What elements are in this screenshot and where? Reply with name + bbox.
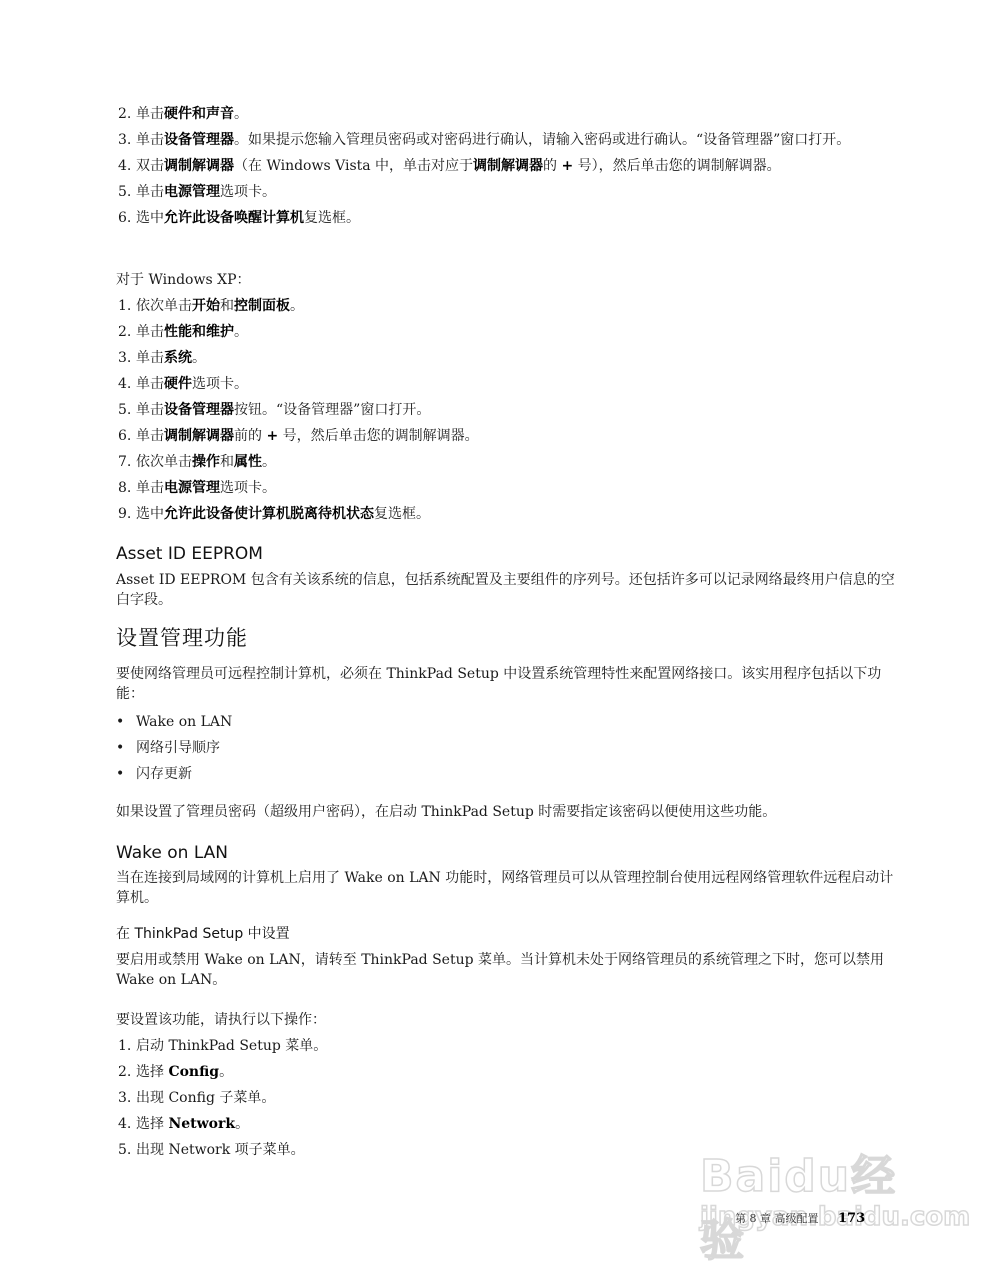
step-number: 8. <box>118 478 131 498</box>
step-text: 双击 <box>136 158 164 174</box>
step-number: 1. <box>118 1036 131 1056</box>
step-text: 号，然后单击您的调制解调器。 <box>278 428 478 444</box>
list-item: 2.单击性能和维护。 <box>116 322 896 342</box>
step-text: 选项卡。 <box>220 184 276 200</box>
step-text: 。 <box>235 1116 249 1132</box>
ui-term: Config <box>168 1064 219 1080</box>
list-item: 3.出现 Config 子菜单。 <box>116 1088 896 1108</box>
step-text: 出现 Network 项子菜单。 <box>136 1142 305 1158</box>
step-number: 6. <box>118 208 131 228</box>
step-text: 选中 <box>136 506 164 522</box>
step-text: 。 <box>262 454 276 470</box>
bullet-item: Wake on LAN <box>116 712 896 732</box>
ui-term: 操作 <box>192 454 220 470</box>
ui-term: + <box>562 158 574 174</box>
list-item: 9.选中允许此设备使计算机脱离待机状态复选框。 <box>116 504 896 524</box>
ui-term: 设备管理器 <box>164 402 234 418</box>
ui-term: 系统 <box>164 350 192 366</box>
step-text: （在 Windows Vista 中，单击对应于 <box>234 158 473 174</box>
step-number: 4. <box>118 1114 131 1134</box>
ui-term: 允许此设备唤醒计算机 <box>164 210 304 226</box>
ui-term: 硬件 <box>164 376 192 392</box>
step-number: 5. <box>118 182 131 202</box>
ui-term: 调制解调器 <box>473 158 543 174</box>
step-text: 前的 <box>234 428 266 444</box>
list-item: 1.依次单击开始和控制面板。 <box>116 296 896 316</box>
step-text: 号），然后单击您的调制解调器。 <box>573 158 780 174</box>
list-item: 1.启动 ThinkPad Setup 菜单。 <box>116 1036 896 1056</box>
step-text: 单击 <box>136 106 164 122</box>
step-text: 按钮。“设备管理器”窗口打开。 <box>234 402 430 418</box>
ui-term: 设备管理器 <box>164 132 234 148</box>
step-text: 单击 <box>136 184 164 200</box>
bullet-item: 闪存更新 <box>116 764 896 784</box>
wol-heading: Wake on LAN <box>116 842 896 864</box>
ui-term: 硬件和声音 <box>164 106 234 122</box>
step-text: 单击 <box>136 132 164 148</box>
list-item: 6.单击调制解调器前的 + 号，然后单击您的调制解调器。 <box>116 426 896 446</box>
step-number: 3. <box>118 1088 131 1108</box>
list-item: 6.选中允许此设备唤醒计算机复选框。 <box>116 208 896 228</box>
step-text: 单击 <box>136 376 164 392</box>
step-text: 选择 <box>136 1116 168 1132</box>
list-item: 3.单击设备管理器。如果提示您输入管理员密码或对密码进行确认，请输入密码或进行确… <box>116 130 896 150</box>
ui-term: 允许此设备使计算机脱离待机状态 <box>164 506 374 522</box>
vista-steps-list: 2.单击硬件和声音。3.单击设备管理器。如果提示您输入管理员密码或对密码进行确认… <box>116 104 896 234</box>
list-item: 8.单击电源管理选项卡。 <box>116 478 896 498</box>
step-text: 单击 <box>136 428 164 444</box>
list-item: 2.选择 Config。 <box>116 1062 896 1082</box>
step-number: 2. <box>118 322 131 342</box>
page-number: 173 <box>838 1211 865 1226</box>
asset-body: Asset ID EEPROM 包含有关该系统的信息，包括系统配置及主要组件的序… <box>116 570 896 610</box>
list-item: 4.选择 Network。 <box>116 1114 896 1134</box>
step-text: 选中 <box>136 210 164 226</box>
mgmt-note: 如果设置了管理员密码（超级用户密码），在启动 ThinkPad Setup 时需… <box>116 802 896 822</box>
step-text: 启动 ThinkPad Setup 菜单。 <box>136 1038 327 1054</box>
mgmt-bullets: Wake on LAN 网络引导顺序 闪存更新 <box>116 712 896 790</box>
step-number: 9. <box>118 504 131 524</box>
step-text: 选择 <box>136 1064 168 1080</box>
step-text: 单击 <box>136 480 164 496</box>
step-text: 单击 <box>136 402 164 418</box>
mgmt-intro: 要使网络管理员可远程控制计算机，必须在 ThinkPad Setup 中设置系统… <box>116 664 896 704</box>
step-number: 2. <box>118 1062 131 1082</box>
xp-intro: 对于 Windows XP： <box>116 270 896 290</box>
wol-steps-list: 1.启动 ThinkPad Setup 菜单。2.选择 Config。3.出现 … <box>116 1036 896 1166</box>
wol-body: 当在连接到局域网的计算机上启用了 Wake on LAN 功能时，网络管理员可以… <box>116 868 896 908</box>
step-number: 4. <box>118 374 131 394</box>
step-number: 2. <box>118 104 131 124</box>
step-text: 依次单击 <box>136 298 192 314</box>
step-text: 。 <box>234 106 248 122</box>
list-item: 4.单击硬件选项卡。 <box>116 374 896 394</box>
ui-term: Network <box>168 1116 235 1132</box>
step-text: 和 <box>220 454 234 470</box>
step-text: 。 <box>219 1064 233 1080</box>
step-text: 选项卡。 <box>192 376 248 392</box>
step-text: 。如果提示您输入管理员密码或对密码进行确认，请输入密码或进行确认。“设备管理器”… <box>234 132 850 148</box>
list-item: 5.单击电源管理选项卡。 <box>116 182 896 202</box>
ui-term: 调制解调器 <box>164 428 234 444</box>
xp-steps-list: 1.依次单击开始和控制面板。2.单击性能和维护。3.单击系统。4.单击硬件选项卡… <box>116 296 896 530</box>
step-text: 选项卡。 <box>220 480 276 496</box>
step-number: 7. <box>118 452 131 472</box>
step-text: 复选框。 <box>374 506 430 522</box>
wol-sub-heading: 在 ThinkPad Setup 中设置 <box>116 924 896 944</box>
ui-term: 控制面板 <box>234 298 290 314</box>
step-number: 1. <box>118 296 131 316</box>
step-text: 。 <box>290 298 304 314</box>
step-number: 5. <box>118 1140 131 1160</box>
step-text: 单击 <box>136 350 164 366</box>
step-text: 和 <box>220 298 234 314</box>
step-text: 。 <box>192 350 206 366</box>
chapter-label: 第 8 章 高级配置 <box>735 1212 819 1225</box>
step-number: 5. <box>118 400 131 420</box>
step-text: 依次单击 <box>136 454 192 470</box>
step-number: 4. <box>118 156 131 176</box>
step-text: 。 <box>234 324 248 340</box>
wol-steps-intro: 要设置该功能，请执行以下操作： <box>116 1010 896 1030</box>
list-item: 4.双击调制解调器（在 Windows Vista 中，单击对应于调制解调器的 … <box>116 156 896 176</box>
list-item: 2.单击硬件和声音。 <box>116 104 896 124</box>
page-footer: 第 8 章 高级配置 173 <box>735 1210 865 1226</box>
asset-heading: Asset ID EEPROM <box>116 543 896 565</box>
mgmt-heading: 设置管理功能 <box>116 624 896 652</box>
ui-term: 属性 <box>234 454 262 470</box>
step-text: 出现 Config 子菜单。 <box>136 1090 275 1106</box>
ui-term: 开始 <box>192 298 220 314</box>
ui-term: + <box>266 428 278 444</box>
ui-term: 性能和维护 <box>164 324 234 340</box>
step-number: 3. <box>118 130 131 150</box>
list-item: 5.单击设备管理器按钮。“设备管理器”窗口打开。 <box>116 400 896 420</box>
list-item: 5.出现 Network 项子菜单。 <box>116 1140 896 1160</box>
list-item: 7.依次单击操作和属性。 <box>116 452 896 472</box>
step-text: 的 <box>543 158 561 174</box>
ui-term: 电源管理 <box>164 480 220 496</box>
list-item: 3.单击系统。 <box>116 348 896 368</box>
step-text: 复选框。 <box>304 210 360 226</box>
step-number: 6. <box>118 426 131 446</box>
step-number: 3. <box>118 348 131 368</box>
ui-term: 电源管理 <box>164 184 220 200</box>
bullet-item: 网络引导顺序 <box>116 738 896 758</box>
ui-term: 调制解调器 <box>164 158 234 174</box>
step-text: 单击 <box>136 324 164 340</box>
wol-sub-body: 要启用或禁用 Wake on LAN，请转至 ThinkPad Setup 菜单… <box>116 950 896 990</box>
